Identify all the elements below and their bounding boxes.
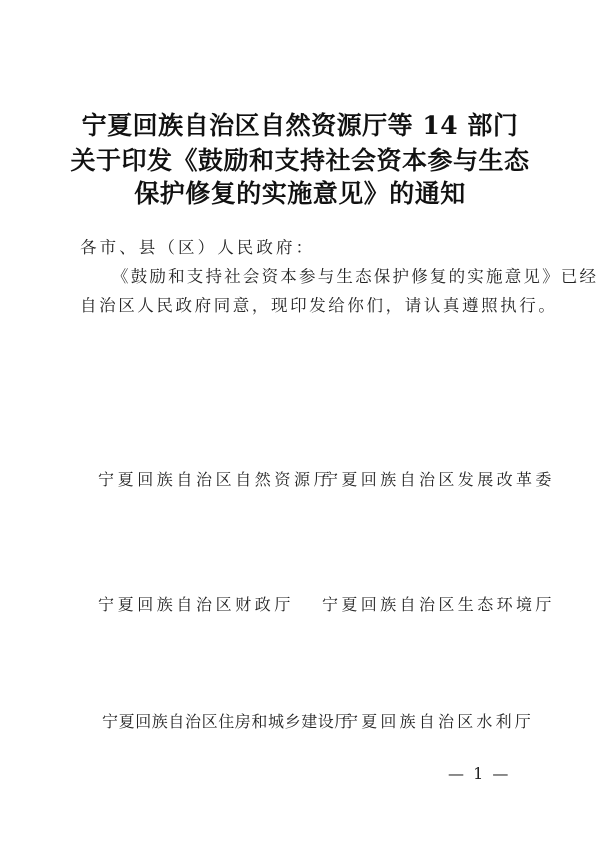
signatory-development-reform: 宁夏回族自治区发展改革委 <box>322 469 555 491</box>
title-line-3: 保护修复的实施意见》的通知 <box>0 176 600 212</box>
salutation: 各市、县（区）人民政府： <box>80 233 315 263</box>
signatory-natural-resources: 宁夏回族自治区自然资源厅 <box>98 469 333 491</box>
page-number: — 1 — <box>448 764 510 783</box>
signatory-ecology-environment: 宁夏回族自治区生态环境厅 <box>322 594 555 616</box>
body-line-2: 自治区人民政府同意，现印发给你们，请认真遵照执行。 <box>80 291 558 321</box>
signatory-finance: 宁夏回族自治区财政厅 <box>98 594 294 616</box>
signatory-housing-construction: 宁夏回族自治区住房和城乡建设厅 <box>102 711 351 733</box>
body-line-1: 《鼓励和支持社会资本参与生态保护修复的实施意见》已经 <box>112 262 598 292</box>
title-line-2: 关于印发《鼓励和支持社会资本参与生态 <box>0 143 600 179</box>
signatory-water-resources: 宁夏回族自治区水利厅 <box>342 711 534 733</box>
title-line-1: 宁夏回族自治区自然资源厅等 14 部门 <box>0 108 600 144</box>
